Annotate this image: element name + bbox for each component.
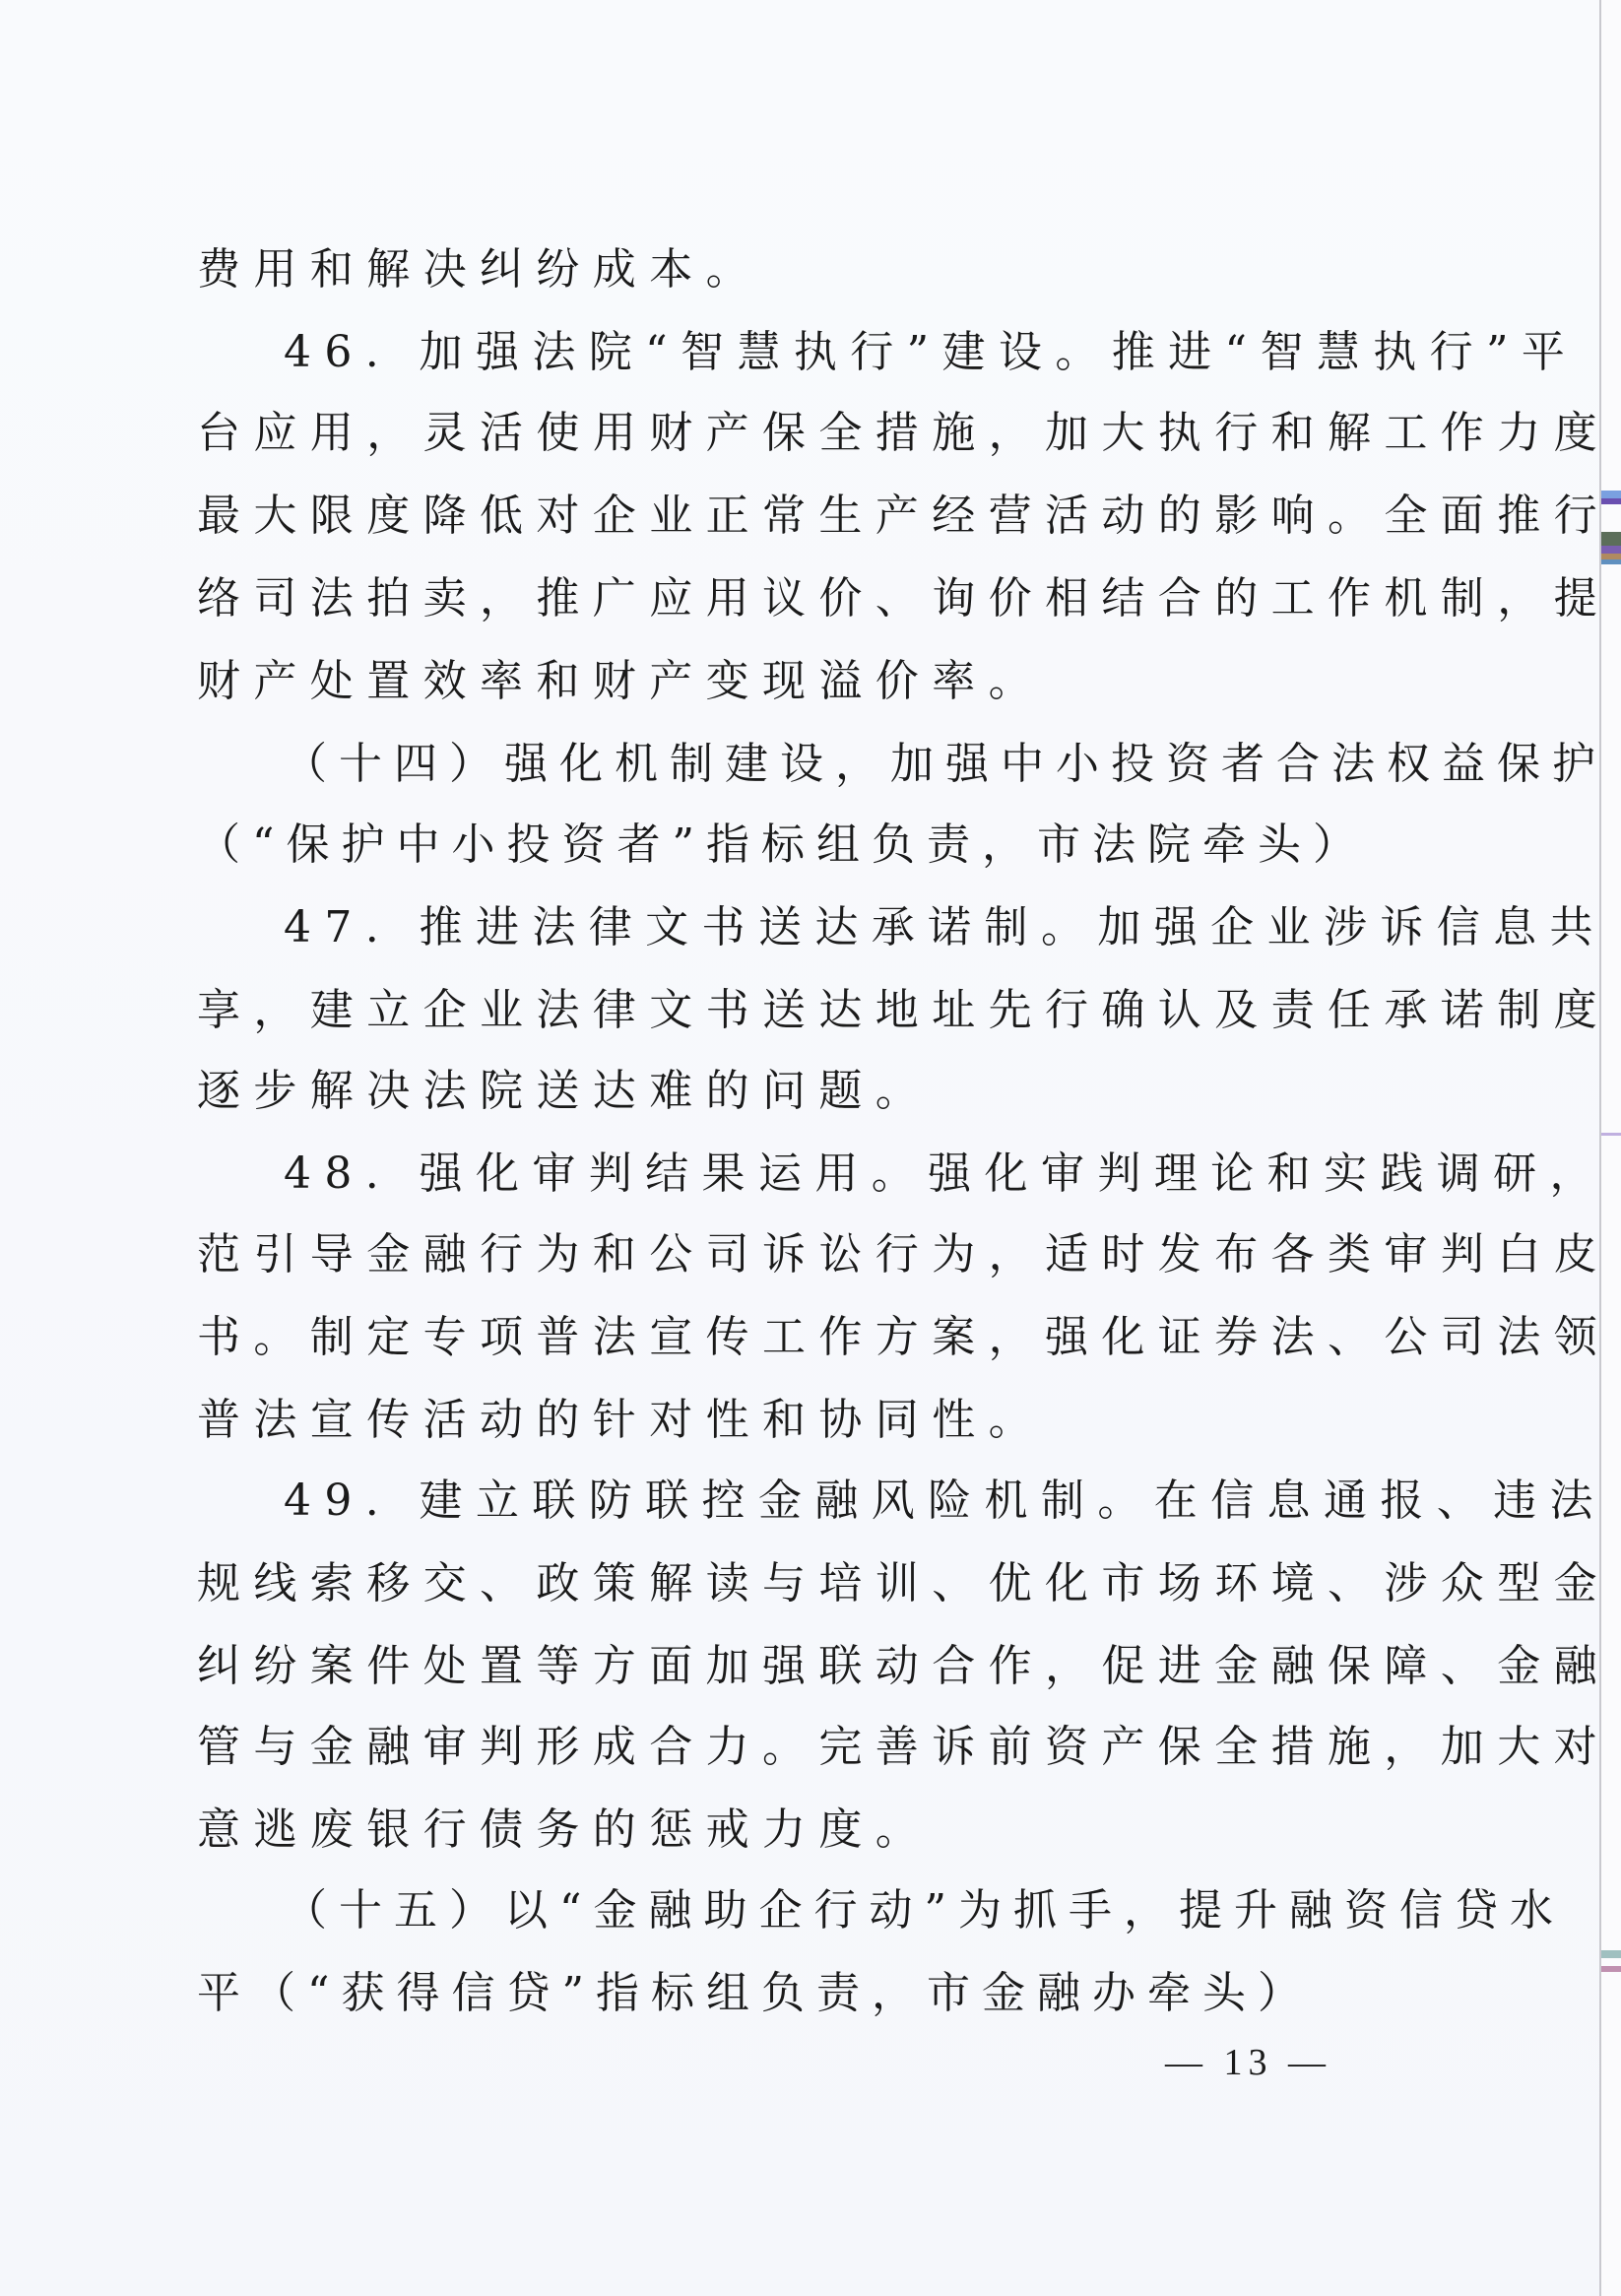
paragraph-line: 47. 推进法律文书送达承诺制。加强企业涉诉信息共 (284, 900, 1606, 955)
section-heading-line: （十五）以“金融助企行动”为抓手，提升融资信贷水 (284, 1883, 1565, 1938)
paragraph-line: 48. 强化审判结果运用。强化审判理论和实践调研，规 (284, 1147, 1621, 1202)
paragraph-line: 意逃废银行债务的惩戒力度。 (197, 1803, 932, 1858)
paragraph-line: 最大限度降低对企业正常生产经营活动的影响。全面推行网 (197, 489, 1621, 544)
paragraph-line: 管与金融审判形成合力。完善诉前资产保全措施，加大对恶 (197, 1720, 1621, 1775)
paragraph-line: 财产处置效率和财产变现溢价率。 (197, 654, 1045, 709)
paragraph-line: 逐步解决法院送达难的问题。 (197, 1064, 932, 1119)
section-heading-line: （“保护中小投资者”指标组负责，市法院牵头） (197, 818, 1368, 873)
paragraph-line: 49. 建立联防联控金融风险机制。在信息通报、违法违 (284, 1474, 1621, 1529)
paragraph-line: 纠纷案件处置等方面加强联动合作，促进金融保障、金融监 (197, 1639, 1621, 1694)
scan-edge-artifact (1599, 0, 1621, 2296)
paragraph-line: 规线索移交、政策解读与培训、优化市场环境、涉众型金融 (197, 1556, 1621, 1611)
paragraph-line: 享，建立企业法律文书送达地址先行确认及责任承诺制度， (197, 983, 1621, 1038)
paragraph-line: 络司法拍卖，推广应用议价、询价相结合的工作机制，提高 (197, 571, 1621, 626)
paragraph-line: 费用和解决纠纷成本。 (197, 242, 762, 297)
paragraph-line: 范引导金融行为和公司诉讼行为，适时发布各类审判白皮 (197, 1227, 1610, 1282)
paragraph-line: 台应用，灵活使用财产保全措施，加大执行和解工作力度， (197, 406, 1621, 461)
section-heading-line: 平（“获得信贷”指标组负责，市金融办牵头） (197, 1966, 1313, 2021)
page-number: — 13 — (1165, 2041, 1331, 2084)
section-heading-line: （十四）强化机制建设，加强中小投资者合法权益保护 (284, 737, 1607, 792)
paragraph-line: 书。制定专项普法宣传工作方案，强化证券法、公司法领域 (197, 1310, 1621, 1365)
paragraph-line: 普法宣传活动的针对性和协同性。 (197, 1393, 1045, 1448)
document-page: 费用和解决纠纷成本。46. 加强法院“智慧执行”建设。推进“智慧执行”平台应用，… (0, 0, 1601, 2296)
paragraph-line: 46. 加强法院“智慧执行”建设。推进“智慧执行”平 (284, 325, 1578, 380)
